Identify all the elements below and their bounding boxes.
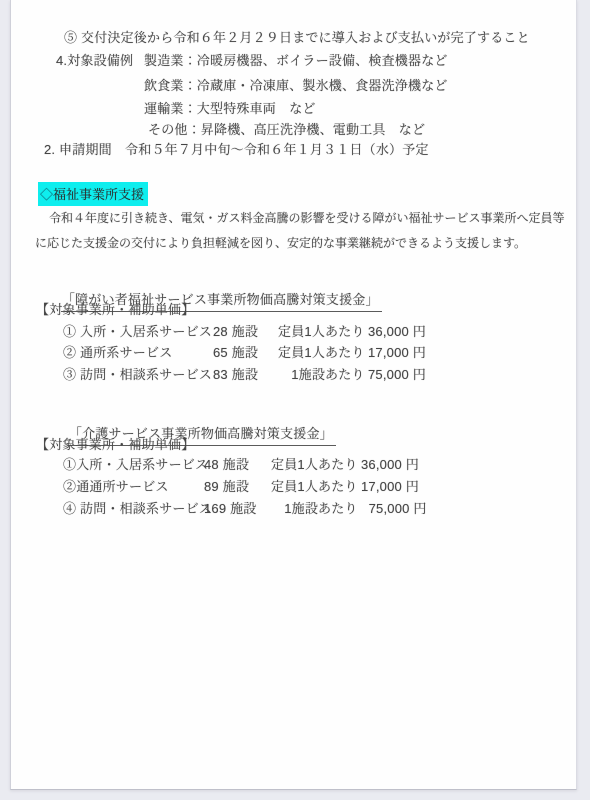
table-row: ① 入所・入居系サービス 28 施設 定員1人あたり 36,000 円 — [63, 323, 426, 340]
row-unit: 1施設あたり — [278, 366, 368, 383]
diamond-bullet-icon: ◇ — [40, 187, 53, 202]
row-count: 83 施設 — [213, 366, 278, 383]
row-label: ②通通所サービス — [63, 478, 204, 495]
row-count: 65 施設 — [213, 344, 278, 361]
list-item-4-label: 4.対象設備例 — [56, 52, 133, 69]
welfare-heading-wrap: ◇福祉事業所支援 — [38, 182, 148, 206]
document-page: ⑤ 交付決定後から令和６年２月２９日までに導入および支払いが完了すること 4.対… — [10, 0, 577, 790]
list-item-5: ⑤ 交付決定後から令和６年２月２９日までに導入および支払いが完了すること — [64, 29, 530, 46]
table-row: ③ 訪問・相談系サービス 83 施設 1施設あたり 75,000 円 — [63, 366, 426, 383]
row-label: ①入所・入居系サービス — [63, 456, 204, 473]
row-amount: 17,000 円 — [368, 344, 426, 361]
row-unit: 定員1人あたり — [278, 344, 368, 361]
paragraph-line-1: 令和４年度に引き続き、電気・ガス料金高騰の影響を受ける障がい福祉サービス事業所へ… — [49, 210, 565, 227]
row-count: 48 施設 — [204, 456, 271, 473]
row-label: ② 通所系サービス — [63, 344, 213, 361]
row-label: ④ 訪問・相談系サービス — [63, 500, 204, 517]
row-amount: 17,000 円 — [361, 478, 419, 495]
row-count: 89 施設 — [204, 478, 271, 495]
row-unit: 定員1人あたり — [278, 323, 368, 340]
equipment-other: その他：昇降機、高圧洗浄機、電動工具 など — [148, 121, 425, 138]
row-count: 169 施設 — [204, 500, 271, 517]
row-count: 28 施設 — [213, 323, 278, 340]
table-row: ②通通所サービス 89 施設 定員1人あたり 17,000 円 — [63, 478, 419, 495]
equipment-manufacturing: 製造業：冷暖房機器、ボイラー設備、検査機器など — [144, 52, 448, 69]
paragraph-line-2: に応じた支援金の交付により負担軽減を図り、安定的な事業継続ができるよう支援します… — [35, 235, 526, 252]
equipment-restaurant: 飲食業：冷蔵庫・冷凍庫、製氷機、食器洗浄機など — [144, 77, 448, 94]
welfare-heading-highlight: ◇福祉事業所支援 — [38, 182, 148, 206]
row-unit: 定員1人あたり — [271, 456, 361, 473]
row-label: ① 入所・入居系サービス — [63, 323, 213, 340]
table-row: ①入所・入居系サービス 48 施設 定員1人あたり 36,000 円 — [63, 456, 419, 473]
table2-subtitle: 【対象事業所・補助単価】 — [36, 436, 194, 453]
row-unit: 定員1人あたり — [271, 478, 361, 495]
table-row: ④ 訪問・相談系サービス 169 施設 1施設あたり 75,000 円 — [63, 500, 427, 517]
equipment-transport: 運輸業：大型特殊車両 など — [144, 100, 316, 117]
document-photo: ⑤ 交付決定後から令和６年２月２９日までに導入および支払いが完了すること 4.対… — [0, 0, 590, 800]
table1-subtitle: 【対象事業所・補助単価】 — [36, 301, 194, 318]
list-item-2-period: 2. 申請期間 令和５年７月中旬～令和６年１月３１日（水）予定 — [44, 141, 429, 158]
table-row: ② 通所系サービス 65 施設 定員1人あたり 17,000 円 — [63, 344, 426, 361]
row-label: ③ 訪問・相談系サービス — [63, 366, 213, 383]
row-amount: 75,000 円 — [368, 366, 426, 383]
row-unit: 1施設あたり — [271, 500, 361, 517]
row-amount: 36,000 円 — [368, 323, 426, 340]
welfare-heading-text: 福祉事業所支援 — [53, 187, 144, 202]
row-amount: 75,000 円 — [361, 500, 427, 517]
row-amount: 36,000 円 — [361, 456, 419, 473]
